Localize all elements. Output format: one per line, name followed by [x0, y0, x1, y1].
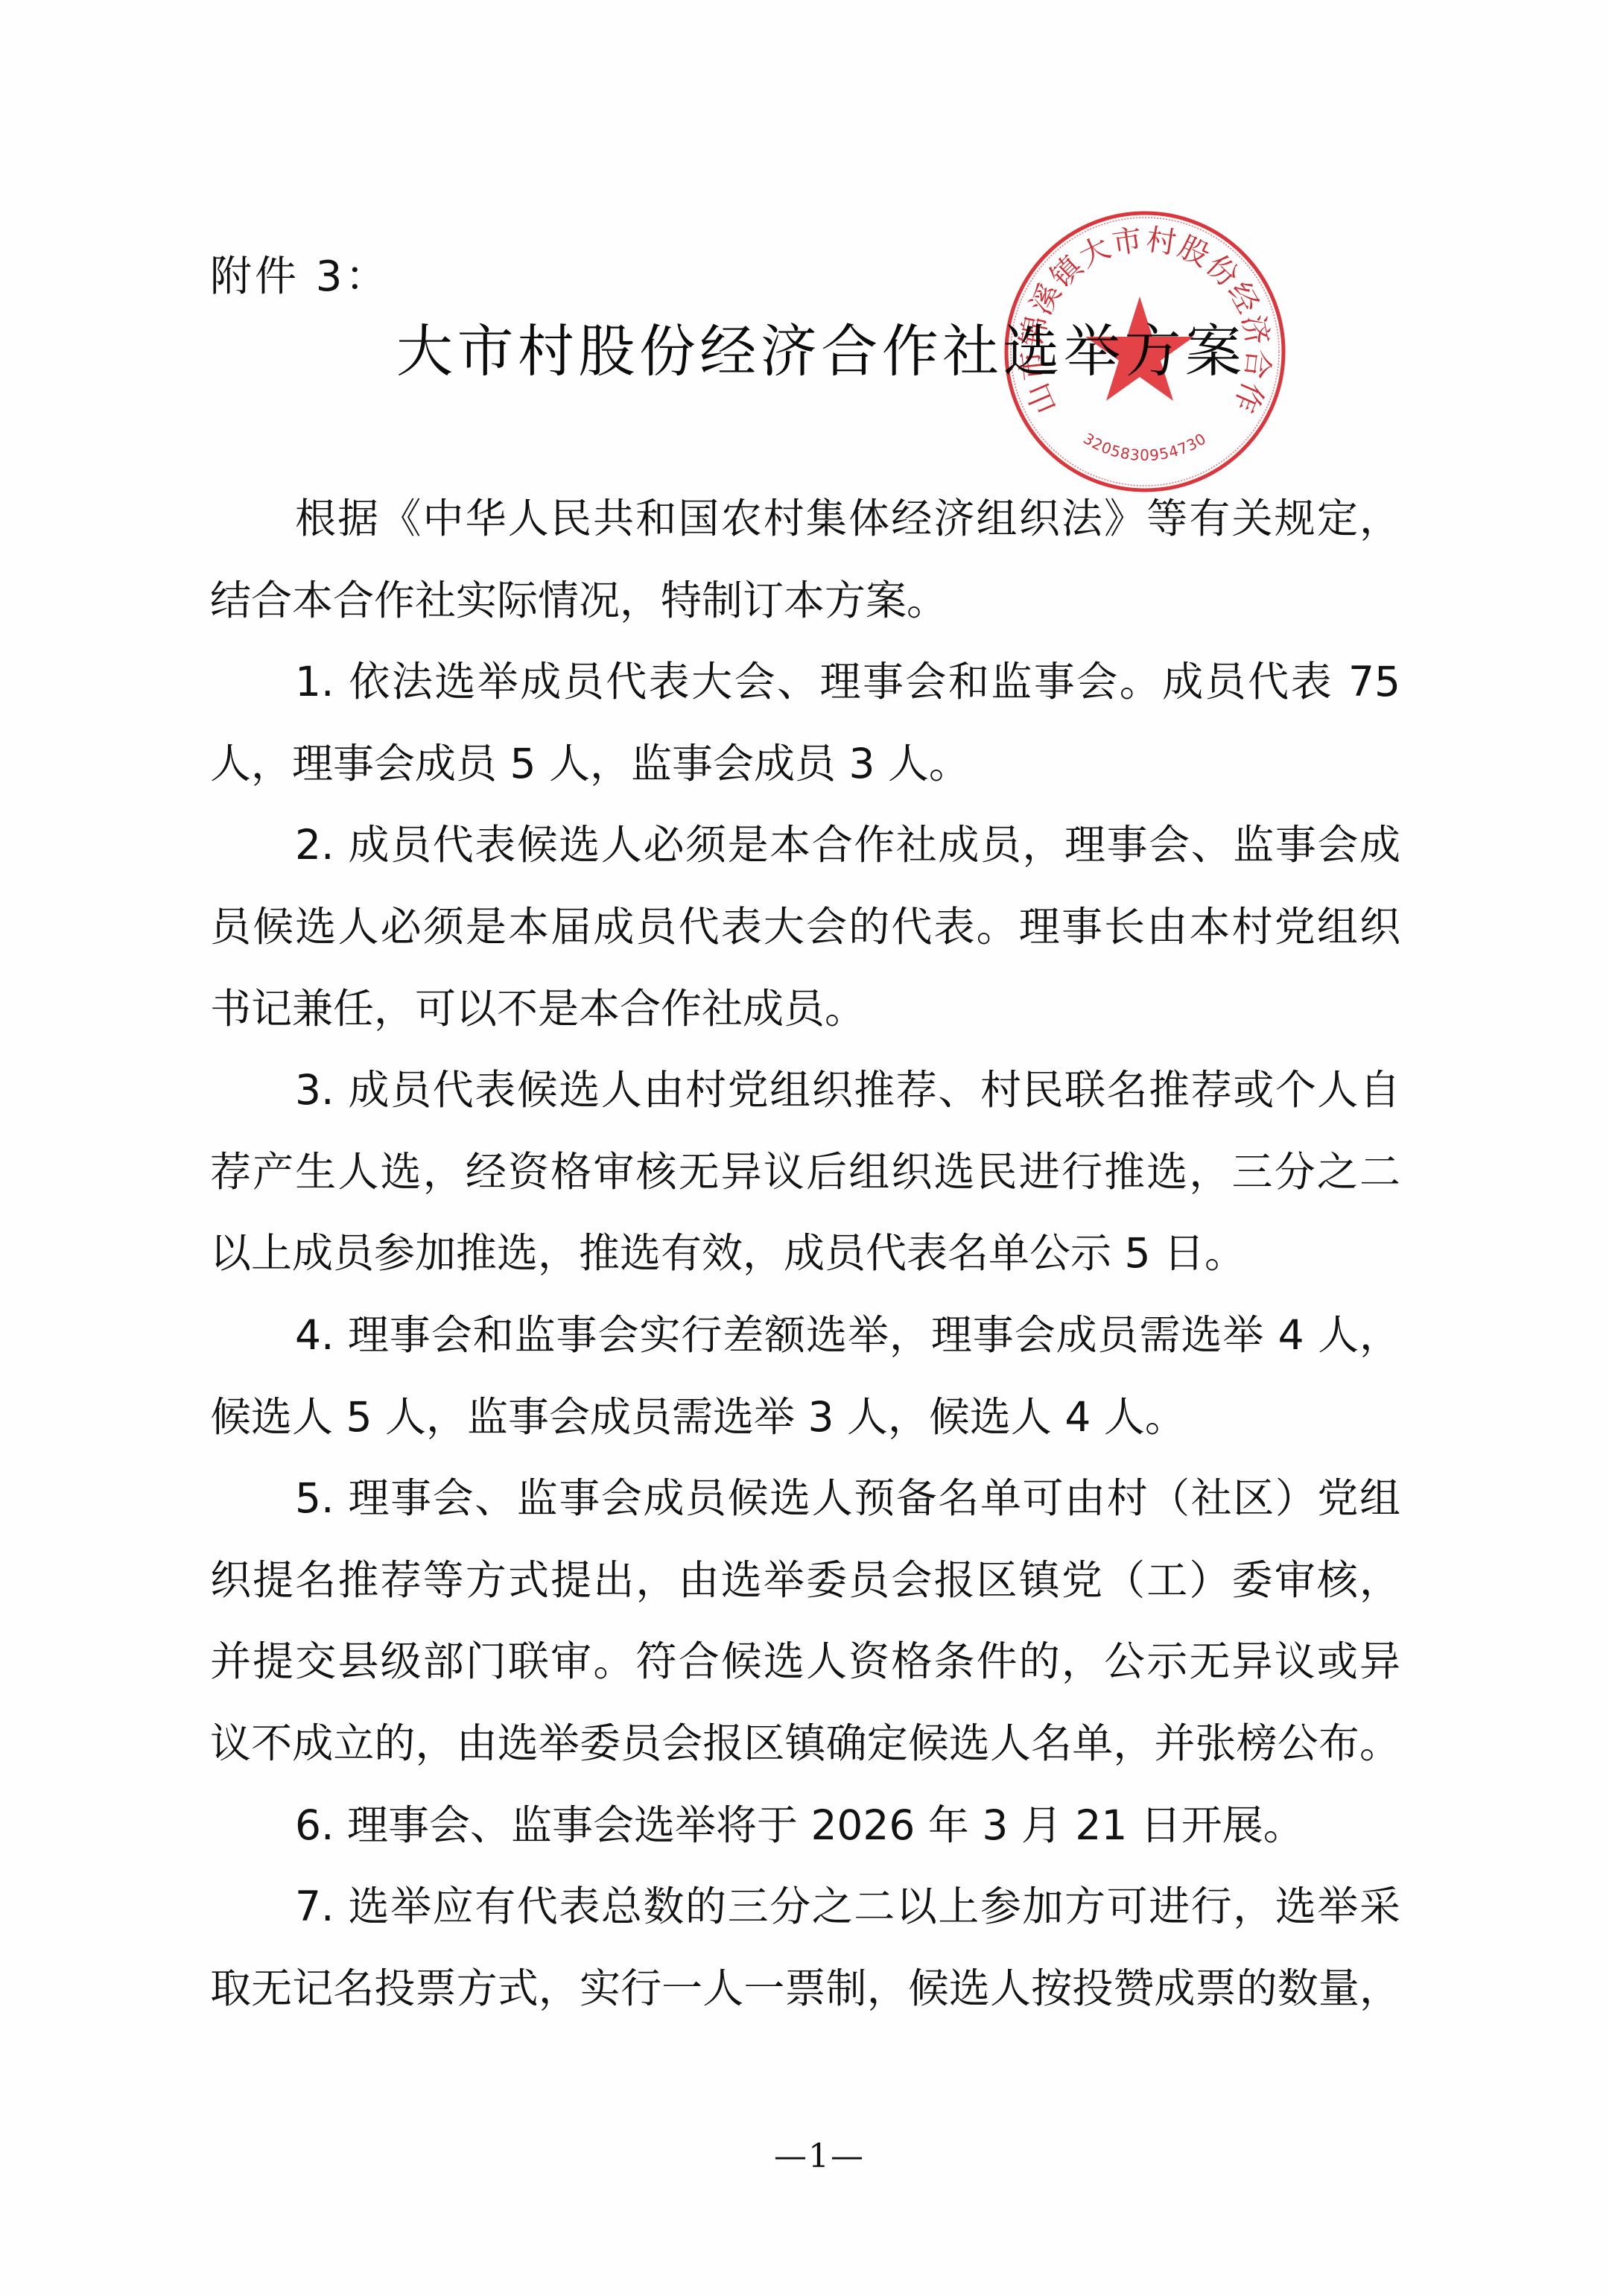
document-page: 附件 3： 大市村股份经济合作社选举方案 根据《中华人民共和国农村集体经济组织法…	[0, 0, 1609, 2296]
body-line: 结合本合作社实际情况，特制订本方案。	[210, 571, 1400, 630]
attachment-label: 附件 3：	[210, 250, 390, 304]
body-line: 7. 选举应有代表总数的三分之二以上参加方可进行，选举采	[295, 1877, 1400, 1936]
body-line: 1. 依法选举成员代表大会、理事会和监事会。成员代表 75	[295, 652, 1400, 711]
body-line: 并提交县级部门联审。符合候选人资格条件的，公示无异议或异	[210, 1631, 1400, 1691]
seal-star-icon	[1085, 296, 1194, 401]
body-line: 6. 理事会、监事会选举将于 2026 年 3 月 21 日开展。	[295, 1795, 1400, 1855]
body-line: 5. 理事会、监事会成员候选人预备名单可由村（社区）党组	[295, 1468, 1400, 1528]
body-line: 取无记名投票方式，实行一人一票制，候选人按投赞成票的数量，	[210, 1959, 1400, 2018]
body-line: 以上成员参加推选，推选有效，成员代表名单公示 5 日。	[210, 1223, 1400, 1283]
seal-icon: 昆山市锦溪镇大市村股份经济合作社 3205830954730	[1002, 209, 1288, 495]
body-line: 候选人 5 人，监事会成员需选举 3 人，候选人 4 人。	[210, 1387, 1400, 1447]
seal-code-text: 3205830954730	[1080, 429, 1210, 464]
body-line: 3. 成员代表候选人由村党组织推荐、村民联名推荐或个人自	[295, 1060, 1400, 1120]
body-line: 荐产生人选，经资格审核无异议后组织选民进行推选，三分之二	[210, 1142, 1400, 1202]
body-line: 2. 成员代表候选人必须是本合作社成员，理事会、监事会成	[295, 815, 1400, 875]
page-number: —1—	[745, 2134, 894, 2179]
body-line: 议不成立的，由选举委员会报区镇确定候选人名单，并张榜公布。	[210, 1713, 1400, 1773]
body-line: 根据《中华人民共和国农村集体经济组织法》等有关规定，	[295, 489, 1400, 548]
body-line: 织提名推荐等方式提出，由选举委员会报区镇党（工）委审核，	[210, 1550, 1400, 1610]
body-line: 员候选人必须是本届成员代表大会的代表。理事长由本村党组织	[210, 897, 1400, 957]
official-seal-stamp: 昆山市锦溪镇大市村股份经济合作社 3205830954730	[1002, 209, 1288, 495]
body-line: 书记兼任，可以不是本合作社成员。	[210, 979, 1400, 1038]
body-line: 4. 理事会和监事会实行差额选举，理事会成员需选举 4 人，	[295, 1305, 1400, 1365]
body-line: 人，理事会成员 5 人，监事会成员 3 人。	[210, 734, 1400, 793]
